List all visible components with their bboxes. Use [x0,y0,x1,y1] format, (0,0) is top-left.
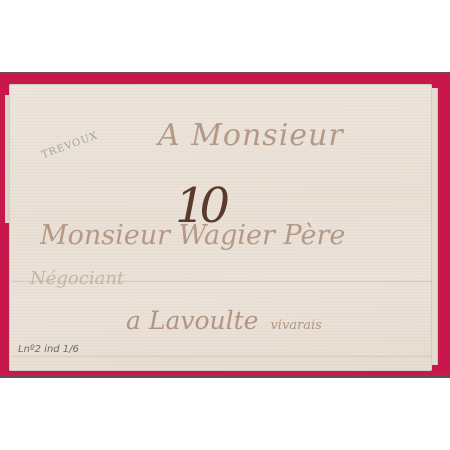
address-line-4: a Lavoulte vivarais [126,306,322,335]
address-line-1: A Monsieur [158,118,344,153]
address-prefix: a [126,306,141,335]
address-region: vivarais [270,318,321,333]
address-city: Lavoulte [149,306,259,335]
pencil-annotation: Lnº2 ind 1/6 [18,344,79,355]
fold-crease-lower [12,356,432,357]
postage-rate-mark: 10 [175,178,224,234]
address-line-3: Négociant [30,268,124,289]
